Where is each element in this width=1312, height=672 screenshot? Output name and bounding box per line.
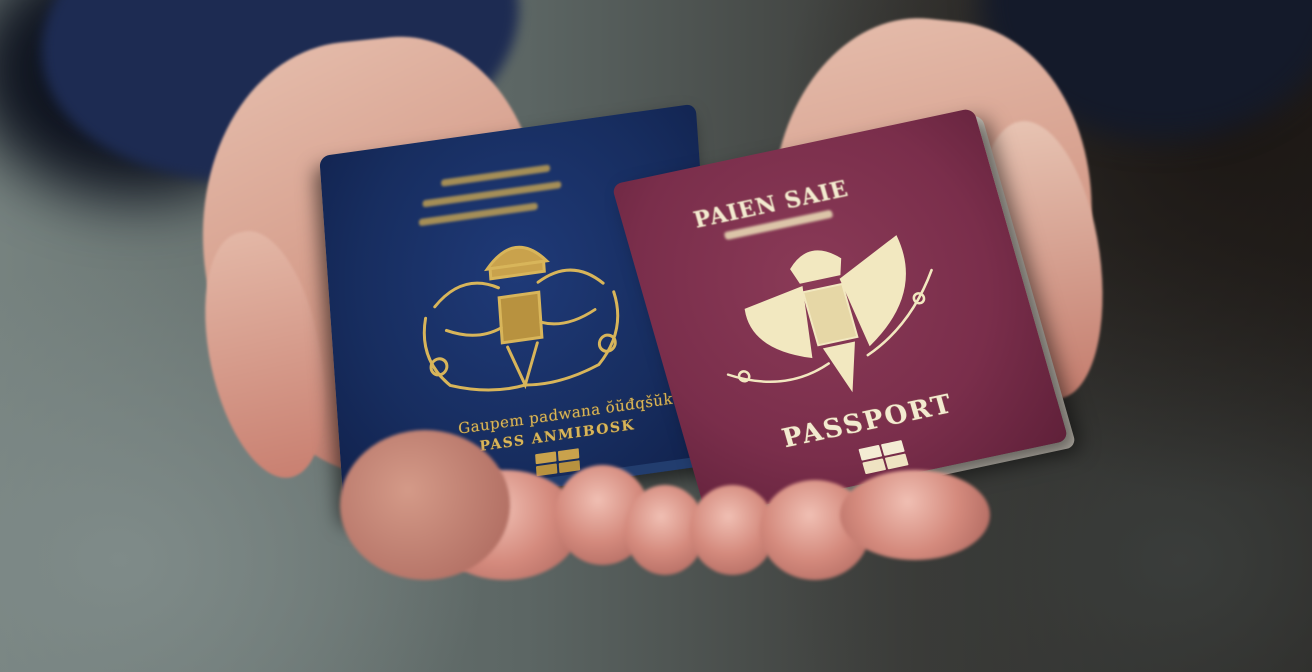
right-finger bbox=[840, 470, 990, 560]
crowned-coat-of-arms-icon bbox=[400, 209, 640, 411]
illegible-cover-text bbox=[419, 203, 538, 227]
illegible-cover-text bbox=[441, 164, 550, 186]
photo-background: Gaupem padwana ŏŭđqšŭk PASS ANMIBOSK PAI… bbox=[0, 0, 1312, 672]
biometric-chip-icon bbox=[535, 448, 580, 476]
biometric-chip-icon bbox=[858, 440, 908, 474]
left-hand-base bbox=[340, 430, 510, 580]
